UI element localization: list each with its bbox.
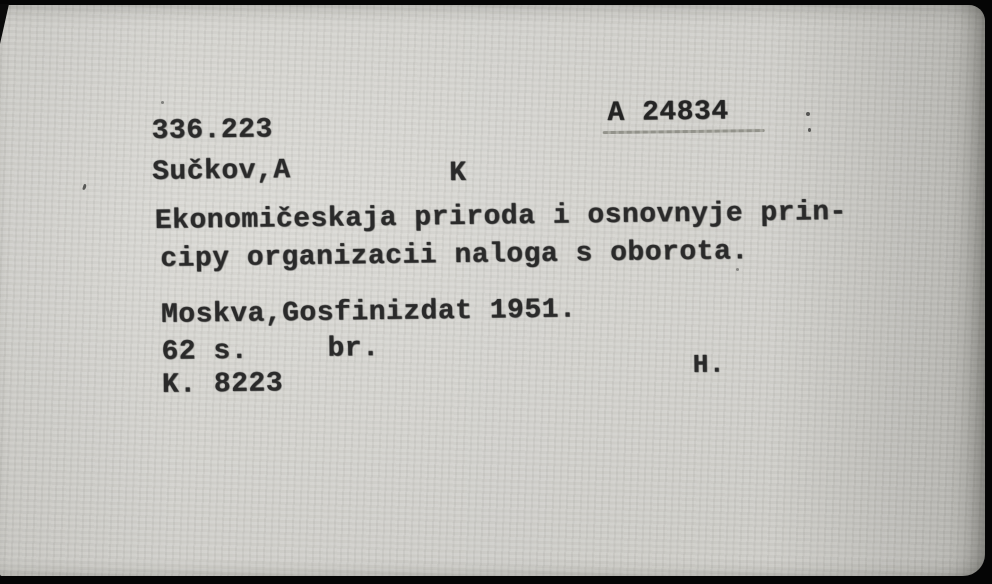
binding-note: br. <box>327 332 379 367</box>
cropped-corner-shadow <box>0 4 9 44</box>
ink-speck <box>82 184 87 191</box>
typed-text-layer: A 24834 336.223 Sučkov,A K Ekonomičeskaj… <box>0 0 992 576</box>
catalog-card: A 24834 336.223 Sučkov,A K Ekonomičeskaj… <box>0 5 985 576</box>
call-number: K. 8223 <box>162 367 284 403</box>
cutter-letter: K <box>449 157 467 191</box>
ink-speck <box>806 112 810 116</box>
ink-speck <box>736 268 739 271</box>
accession-underline <box>603 129 765 134</box>
accession-number: A 24834 <box>607 95 729 131</box>
ink-speck <box>161 101 164 104</box>
scanned-catalog-card-page: A 24834 336.223 Sučkov,A K Ekonomičeskaj… <box>0 0 992 584</box>
letter-annotation: H. <box>693 348 726 382</box>
imprint-line: Moskva,Gosfinizdat 1951. <box>161 293 577 332</box>
title-line-2: cipy organizacii naloga s oborota. <box>160 235 749 277</box>
title-line-1: Ekonomičeskaja priroda i osnovnyje prin- <box>155 196 847 239</box>
pagination: 62 s. <box>161 335 248 370</box>
classification-number: 336.223 <box>151 113 273 149</box>
author-heading: Sučkov,A <box>152 154 291 190</box>
ink-speck <box>808 128 811 132</box>
